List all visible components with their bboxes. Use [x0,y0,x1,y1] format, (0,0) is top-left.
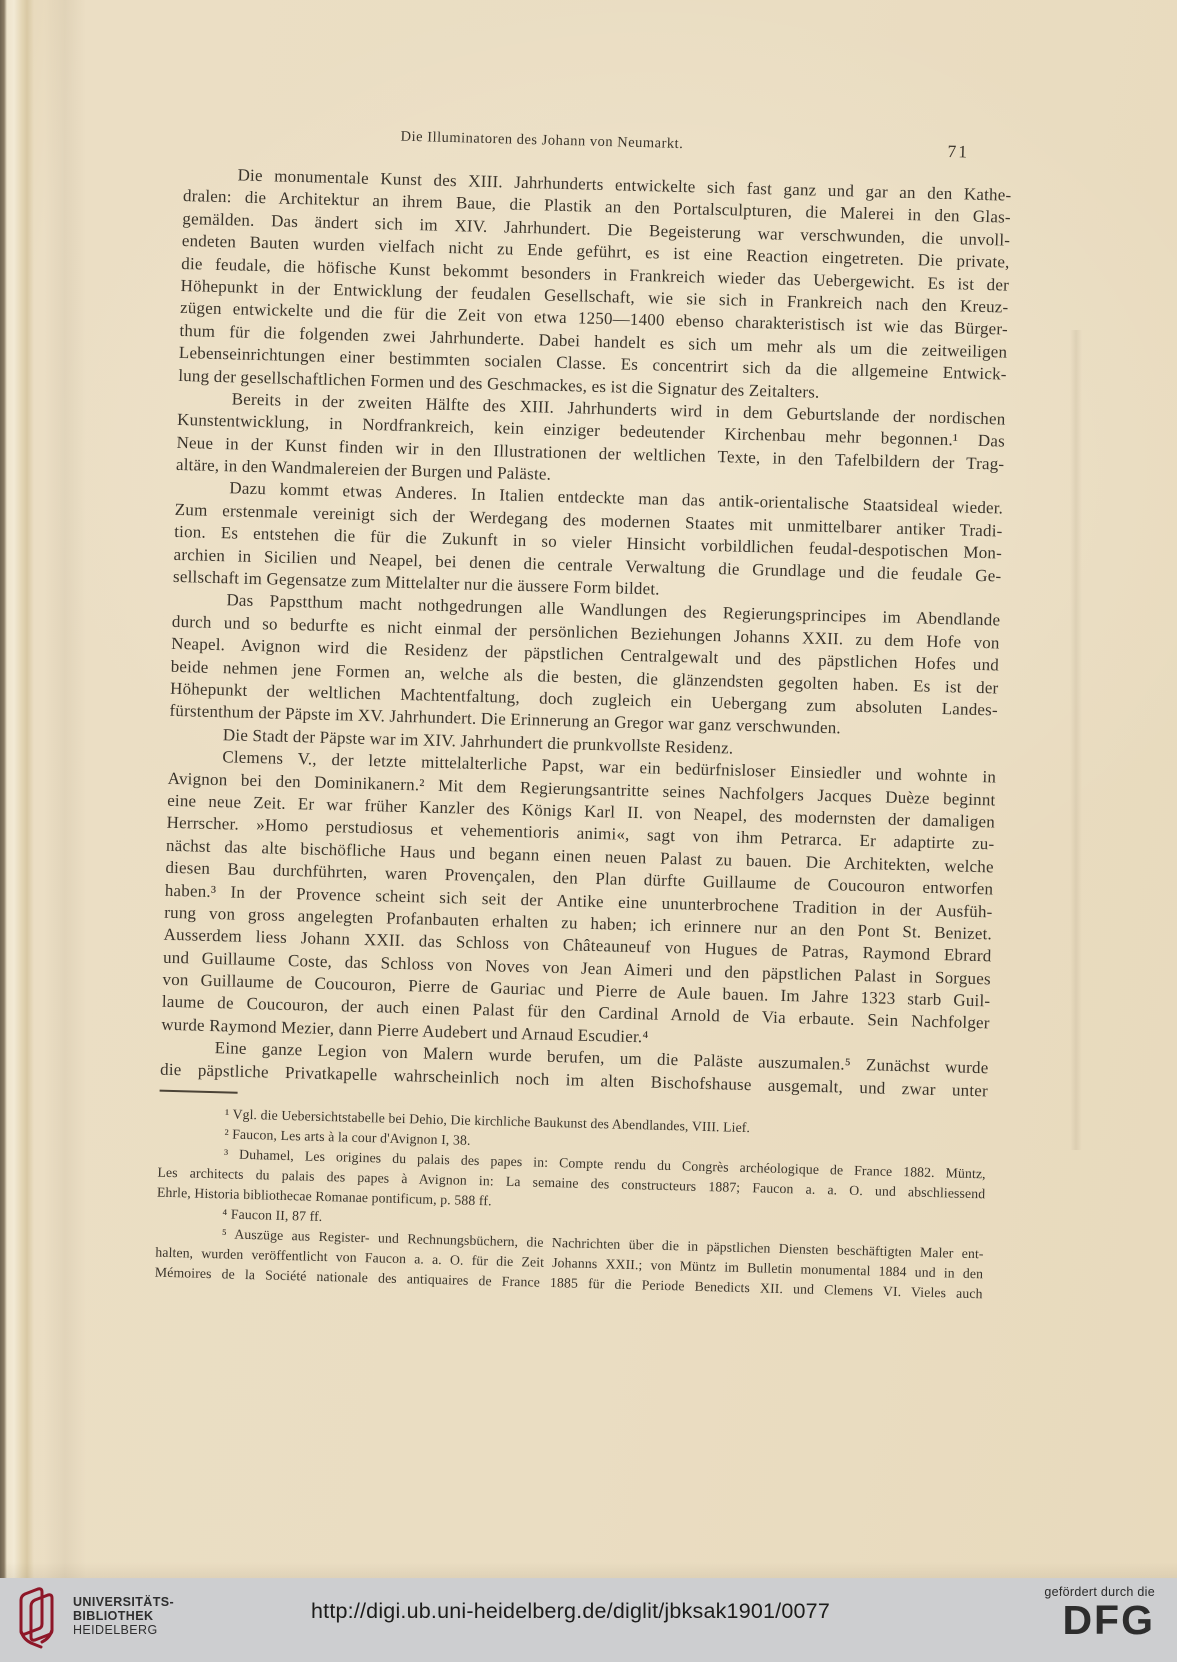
running-title: Die Illuminatoren des Johann von Neumark… [400,129,683,153]
scanned-page: Die Illuminatoren des Johann von Neumark… [0,0,1177,1578]
footnotes-section: ¹ Vgl. die Uebersichtstabelle bei Dehio,… [155,1103,987,1305]
page-content: Die Illuminatoren des Johann von Neumark… [155,121,1013,1304]
page-head: Die Illuminatoren des Johann von Neumark… [184,121,1012,165]
document-url: http://digi.ub.uni-heidelberg.de/diglit/… [0,1599,1159,1624]
page-binding-edge [0,0,34,1578]
paragraph: Das Papstthum macht nothgedrungen alle W… [169,588,1000,744]
library-name-line3: HEIDELBERG [73,1623,174,1637]
paragraph: Die monumentale Kunst des XIII. Jahrhund… [178,163,1012,409]
screenshot-viewport: Die Illuminatoren des Johann von Neumark… [0,0,1177,1662]
page-crease-left [44,0,86,1578]
main-text-column: Die monumentale Kunst des XIII. Jahrhund… [160,163,1012,1102]
page-crease-right [1070,330,1082,1150]
page-bottom-shadow [0,1562,1177,1578]
footer-bar: UNIVERSITÄTS- BIBLIOTHEK HEIDELBERG http… [0,1578,1177,1662]
dfg-logo: DFG [1044,1600,1155,1640]
footnote-separator [160,1090,238,1094]
paragraph: Clemens V., der letzte mittelalterliche … [161,745,996,1058]
dfg-funding-block: gefördert durch die DFG [1044,1585,1155,1640]
paragraph: Dazu kommt etwas Anderes. In Italien ent… [173,476,1004,610]
page-number: 71 [947,141,969,163]
